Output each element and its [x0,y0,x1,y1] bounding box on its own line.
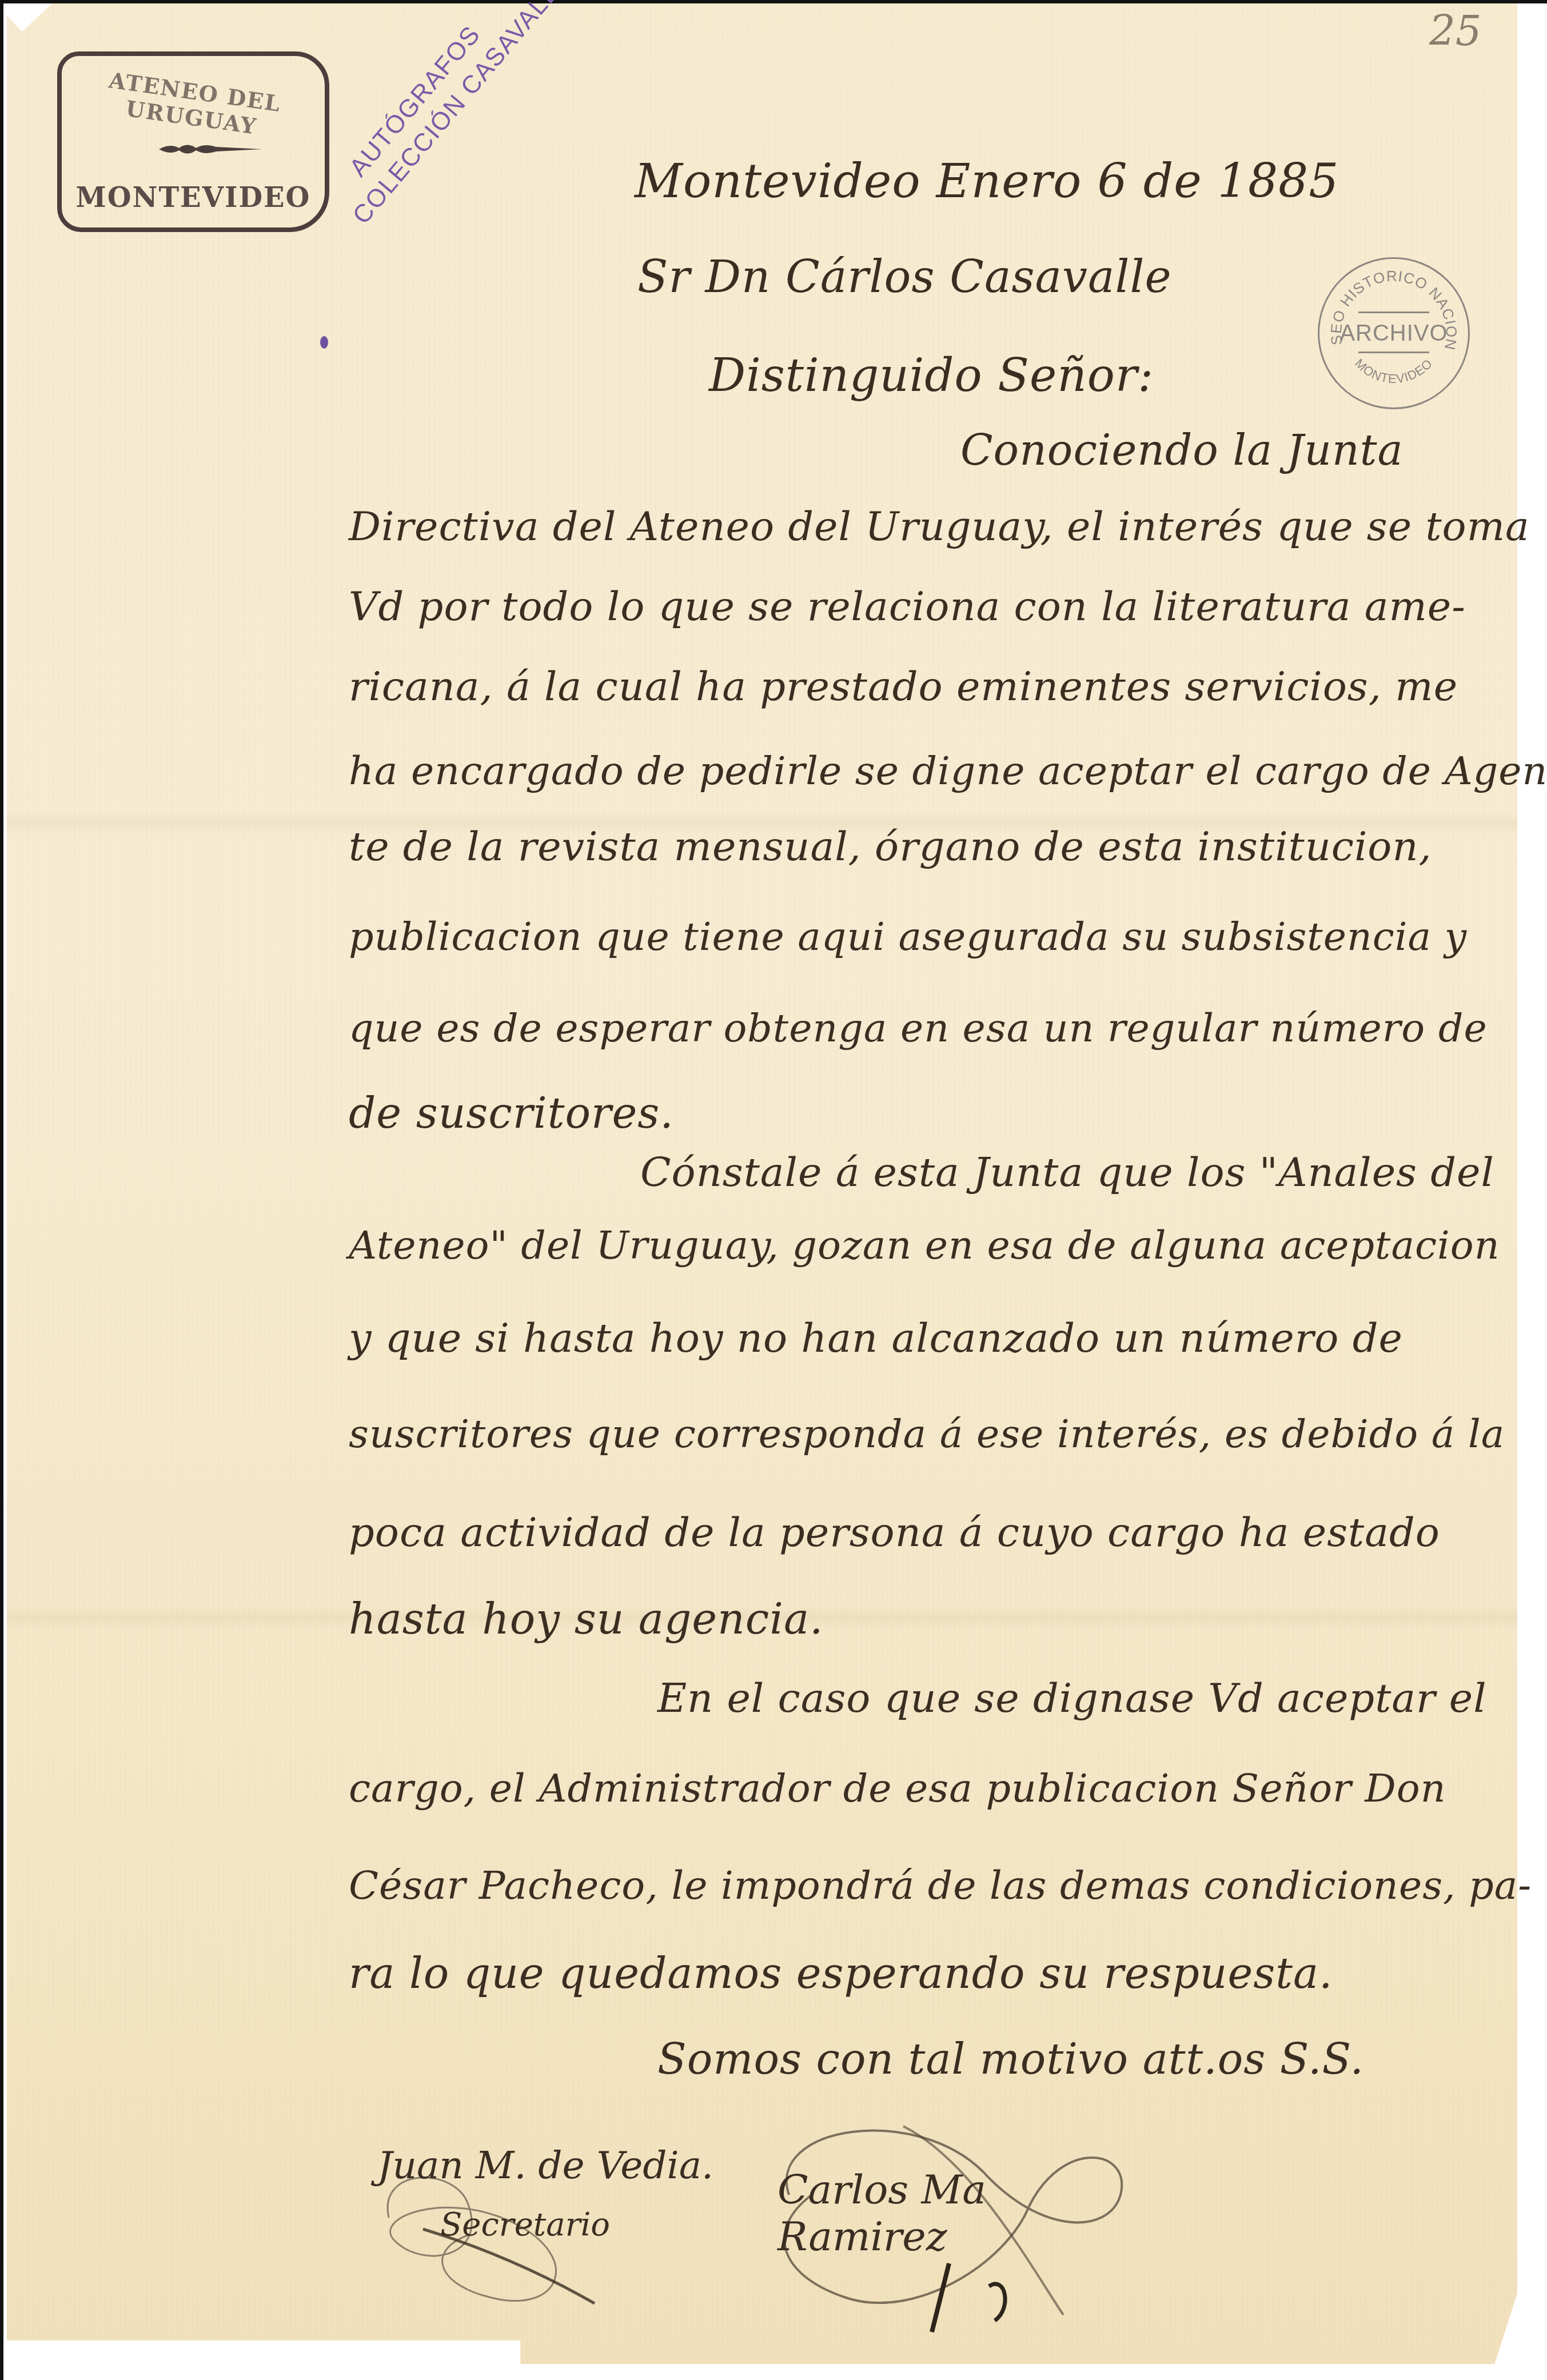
president-name: Carlos Ma Ramirez [778,2166,1143,2260]
stamp-rule [1358,352,1429,353]
salutation: Distinguido Señor: [709,349,1154,402]
scan-border-top [0,0,1547,3]
body-line: hasta hoy su agencia. [349,1595,824,1644]
scan-border-left [0,0,3,2380]
museo-stamp: MUSEO HISTORICO NACIONAL - MONTEVIDEO - … [1318,257,1470,409]
body-line: Directiva del Ateneo del Uruguay, el int… [349,503,1530,550]
ateneo-stamp: ATENEO DEL URUGUAY MONTEVIDEO [57,51,329,232]
stamp-rule [1358,312,1429,313]
secretary-name: Juan M. de Vedia. [377,2143,713,2187]
body-line: suscritores que corresponda á ese interé… [349,1412,1505,1457]
ateneo-stamp-title: ATENEO DEL URUGUAY [77,63,310,146]
ateneo-stamp-city: MONTEVIDEO [62,182,325,214]
addressee: Sr Dn Cárlos Casavalle [637,251,1172,303]
body-line: cargo, el Administrador de esa publicaci… [349,1766,1446,1811]
body-line: te de la revista mensual, órgano de esta… [349,823,1432,870]
ink-dot [320,336,328,349]
closing: Somos con tal motivo att.os S.S. [657,2035,1364,2084]
body-line: y que si hasta hoy no han alcanzado un n… [349,1315,1403,1361]
body-line: ra lo que quedamos esperando su respuest… [349,1949,1333,1998]
body-line: de suscritores. [349,1089,674,1138]
body-line: publicacion que tiene aqui asegurada su … [349,915,1467,960]
body-line: Vd por todo lo que se relaciona con la l… [349,583,1466,630]
museo-stamp-center: ARCHIVO [1319,321,1468,346]
body-line: que es de esperar obtenga en esa un regu… [349,1006,1488,1051]
place-date: Montevideo Enero 6 de 1885 [635,154,1339,209]
body-line: Ateneo" del Uruguay, gozan en esa de alg… [349,1223,1500,1268]
president-signature: Carlos Ma Ramirez [743,2092,1143,2343]
body-line: En el caso que se dignase Vd aceptar el [657,1675,1487,1722]
page-number: 25 [1429,7,1482,55]
body-line: ricana, á la cual ha prestado eminentes … [349,663,1458,710]
body-line: poca actividad de la persona á cuyo carg… [349,1509,1440,1556]
secretary-title: Secretario [440,2206,610,2243]
body-line: César Pacheco, le impondrá de las demas … [349,1863,1532,1908]
body-line: Cónstale á esta Junta que los "Anales de… [640,1149,1494,1196]
ornament-icon [125,142,262,157]
secretary-signature: Juan M. de Vedia. Secretario [354,2132,755,2349]
body-line: Conociendo la Junta [960,426,1404,475]
body-line: ha encargado de pedirle se digne aceptar… [349,749,1547,794]
